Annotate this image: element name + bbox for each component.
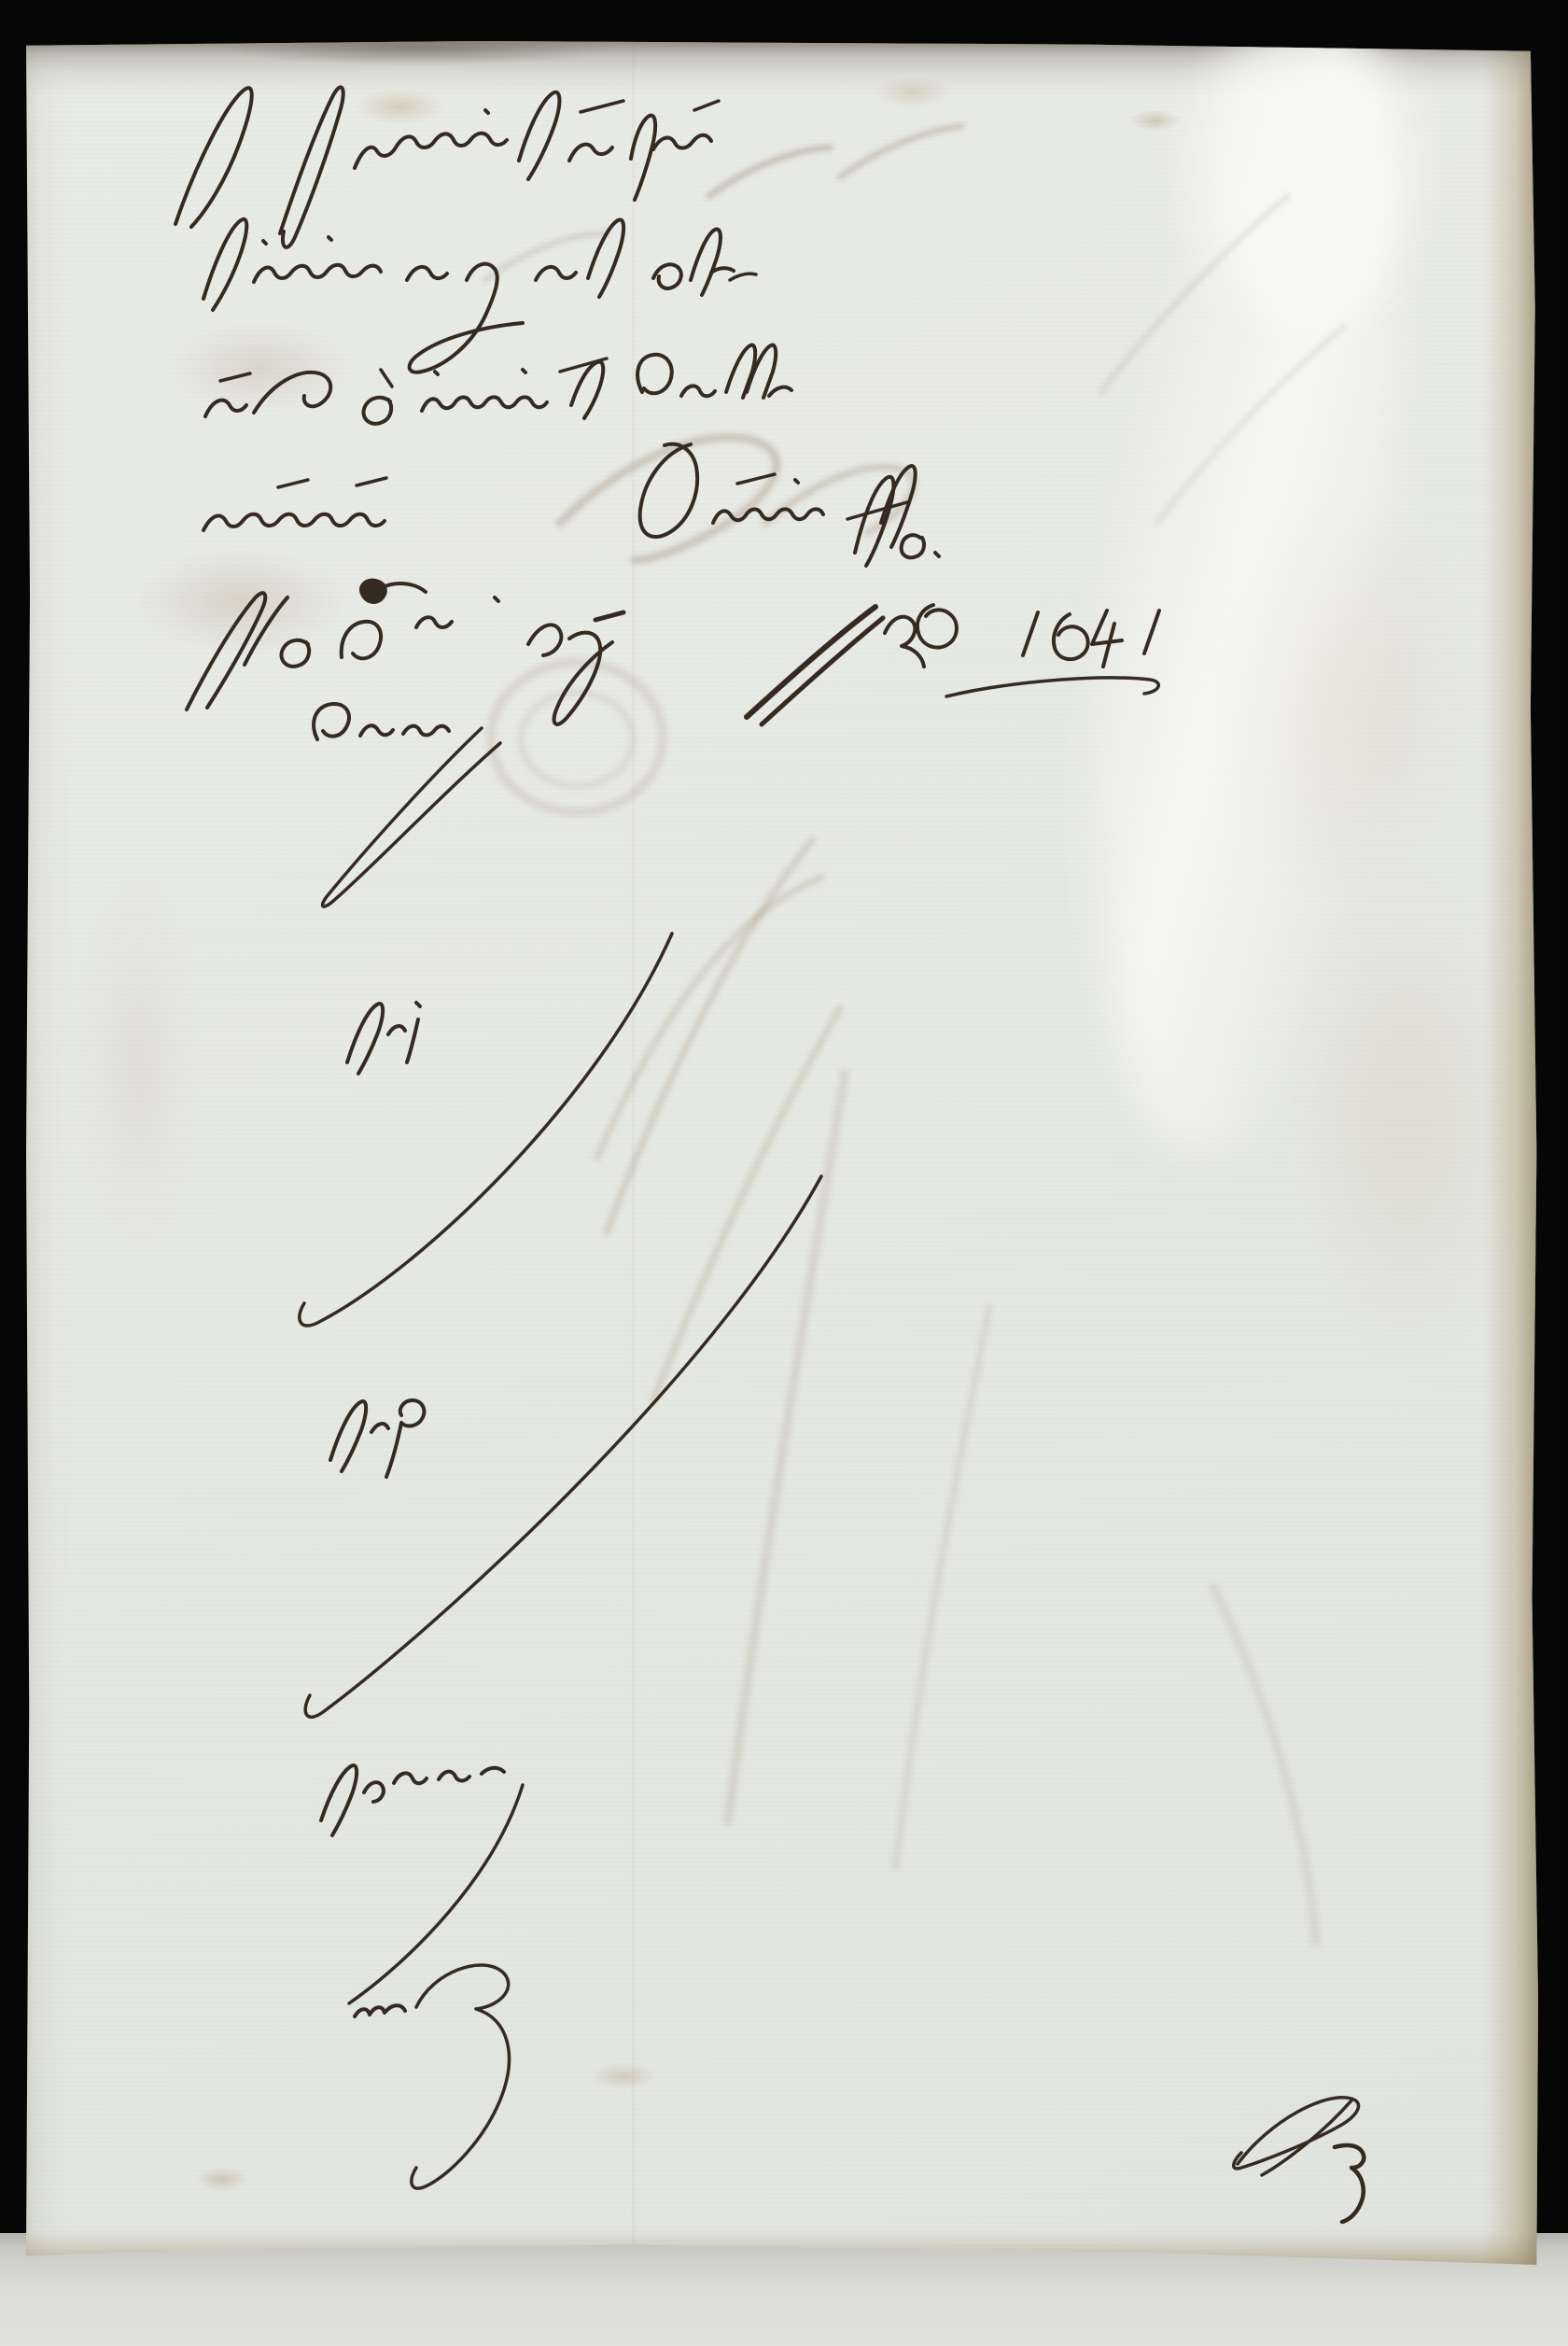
manuscript-paper (26, 41, 1538, 2265)
page-curl-highlight-top (1193, 13, 1417, 321)
